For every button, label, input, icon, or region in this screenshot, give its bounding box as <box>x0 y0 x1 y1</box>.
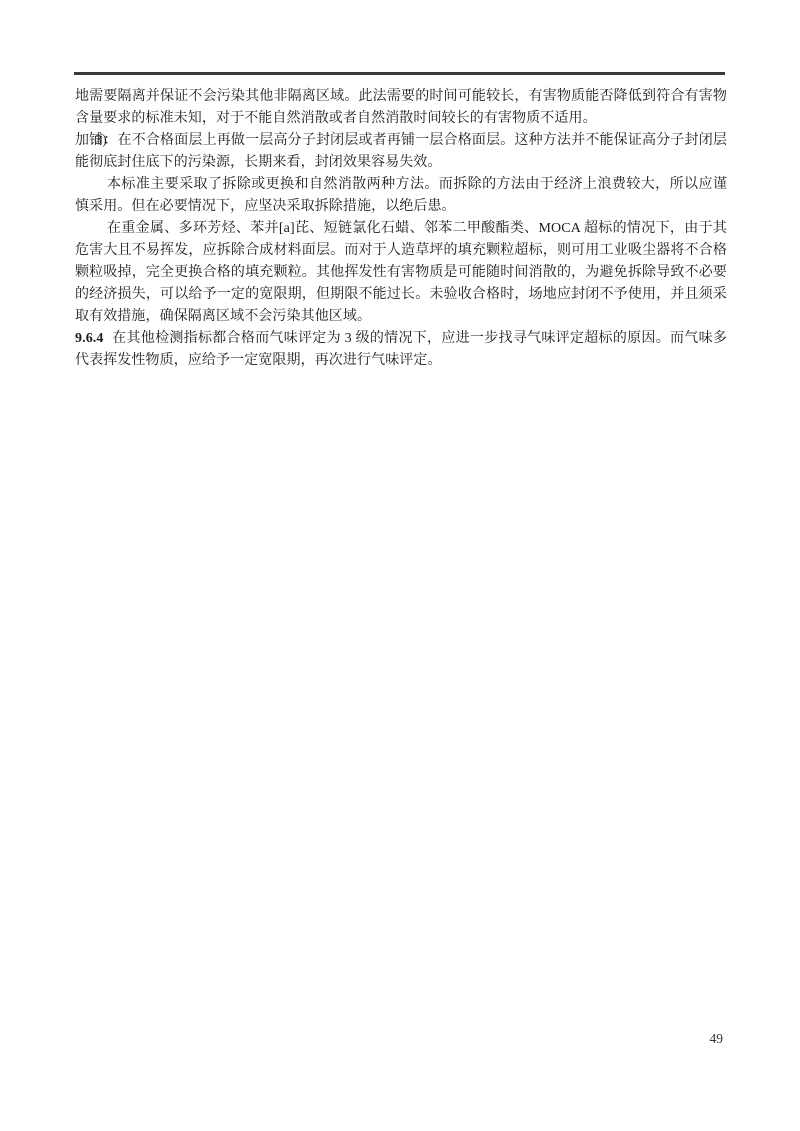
clause-text: 在其他检测指标都合格而气味评定为 3 级的情况下，应进一步找寻气味评定超标的原因… <box>75 331 727 368</box>
paragraph-substances: 在重金属、多环芳烃、苯并[a]芘、短链氯化石蜡、邻苯二甲酸酯类、MOCA 超标的… <box>75 218 727 328</box>
header-rule <box>74 72 725 75</box>
continuation-paragraph: 地需要隔离并保证不会污染其他非隔离区域。此法需要的时间可能较长，有害物质能否降低… <box>75 86 727 130</box>
list-item-marker: 3) <box>95 130 107 152</box>
page-number: 49 <box>710 1031 724 1047</box>
body-text: 地需要隔离并保证不会污染其他非隔离区域。此法需要的时间可能较长，有害物质能否降低… <box>75 86 727 372</box>
paragraph-methods: 本标准主要采取了拆除或更换和自然消散两种方法。而拆除的方法由于经济上浪费较大，所… <box>75 174 727 218</box>
clause-number: 9.6.4 <box>75 331 104 346</box>
clause-9-6-4: 9.6.4 在其他检测指标都合格而气味评定为 3 级的情况下，应进一步找寻气味评… <box>75 328 727 372</box>
list-item-text: 加铺：在不合格面层上再做一层高分子封闭层或者再铺一层合格面层。这种方法并不能保证… <box>75 133 727 170</box>
document-page: 地需要隔离并保证不会污染其他非隔离区域。此法需要的时间可能较长，有害物质能否降低… <box>0 0 800 1131</box>
list-item-3: 3) 加铺：在不合格面层上再做一层高分子封闭层或者再铺一层合格面层。这种方法并不… <box>75 130 727 174</box>
